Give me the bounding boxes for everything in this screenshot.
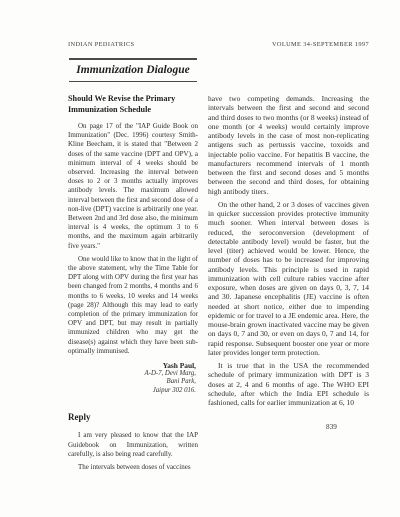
signature-address-3: Jaipur 302 016. xyxy=(68,387,196,395)
volume-info: VOLUME 34-SEPTEMBER 1997 xyxy=(272,41,369,48)
journal-name: INDIAN PEDIATRICS xyxy=(68,41,134,48)
journal-page: INDIAN PEDIATRICS VOLUME 34-SEPTEMBER 19… xyxy=(0,0,400,517)
signature-address-1: A-D-7, Devi Marg, xyxy=(68,370,196,378)
signature-block: Yash Paul, A-D-7, Devi Marg, Bani Park, … xyxy=(68,361,196,395)
right-column: have two competing demands. Increasing t… xyxy=(208,94,369,476)
reply-paragraph-2-start: The intervals between doses of vaccines xyxy=(68,463,198,472)
page-number: 839 xyxy=(326,423,337,431)
reply-paragraph-2-continuation: have two competing demands. Increasing t… xyxy=(208,94,369,196)
signature-name: Yash Paul, xyxy=(68,361,196,370)
article-body: Should We Revise the Primary Immunizatio… xyxy=(68,94,369,476)
running-head: INDIAN PEDIATRICS VOLUME 34-SEPTEMBER 19… xyxy=(68,41,369,48)
reply-paragraph-4: It is true that in the USA the recommend… xyxy=(208,361,369,407)
signature-address-2: Bani Park, xyxy=(68,378,196,386)
reply-paragraph-1: I am very pleased to know that the IAP G… xyxy=(68,431,198,459)
letter-paragraph-2: One would like to know that in the light… xyxy=(68,255,198,356)
left-column: Should We Revise the Primary Immunizatio… xyxy=(68,94,198,476)
reply-heading: Reply xyxy=(68,412,198,422)
reply-paragraph-3: On the other hand, 2 or 3 doses of vacci… xyxy=(208,200,369,357)
letter-paragraph-1: On page 17 of the "IAP Guide Book on Imm… xyxy=(68,122,198,251)
letter-heading: Should We Revise the Primary Immunizatio… xyxy=(68,94,198,115)
section-title: Immunization Dialogue xyxy=(69,64,197,76)
section-banner: Immunization Dialogue xyxy=(69,58,197,82)
